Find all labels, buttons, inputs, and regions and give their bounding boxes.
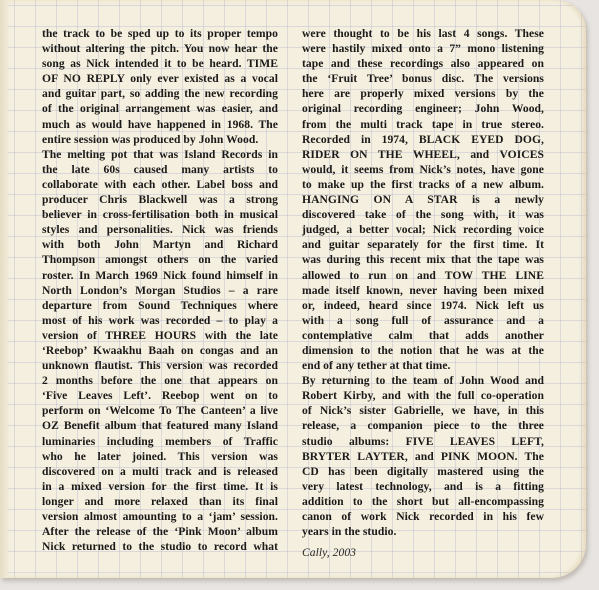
text-line-content: collaborate with each other. Label boss … — [42, 177, 278, 192]
text-line: here are properly mixed versions by the — [302, 86, 544, 101]
text-line: OZ Benefit album that featured many Isla… — [42, 418, 278, 433]
text-line-content: By returning to the team of John Wood an… — [302, 373, 544, 388]
text-line-content: without altering the pitch. You now hear… — [42, 41, 278, 56]
text-line: made itself known, never having been mix… — [302, 283, 544, 298]
text-line: departure from Sound Techniques where — [42, 298, 278, 313]
text-line: who he later joined. This version was — [42, 449, 278, 464]
text-line: Thompson amongst others on the varied — [42, 252, 278, 267]
text-line-content: styles and personalities. Nick was frien… — [42, 222, 278, 237]
text-line: of Nick’s sister Gabrielle, we have, in … — [302, 403, 544, 418]
text-line: much as would have happened in 1968. The — [42, 117, 278, 132]
text-line-content: song as Nick intended it to be heard. TI… — [42, 56, 278, 71]
text-line-content: to make up the first tracks of a new alb… — [302, 177, 544, 192]
booklet-page: the track to be sped up to its proper te… — [0, 0, 586, 578]
text-line-content: ‘Five Leaves Left’. Reebop went on to — [42, 388, 278, 403]
text-line: the ‘Fruit Tree’ bonus disc. The version… — [302, 71, 544, 86]
text-line-content: ‘Reebop’ Kwaakhu Baah on congas and an — [42, 343, 278, 358]
text-line-content: tape and these recordings also appeared … — [302, 56, 544, 71]
text-line: perform on ‘Welcome To The Canteen’ a li… — [42, 403, 278, 418]
text-line-content: the ‘Fruit Tree’ bonus disc. The version… — [302, 71, 544, 86]
author-signature: Cally, 2003 — [302, 545, 544, 560]
text-line: years in the studio. — [302, 524, 544, 539]
text-line: release, a companion piece to the three — [302, 418, 544, 433]
text-line: were thought to be his last 4 songs. The… — [302, 26, 544, 41]
text-line-content: departure from Sound Techniques where — [42, 298, 278, 313]
text-line-content: original recording engineer; John Wood, — [302, 101, 544, 116]
left-text-column: the track to be sped up to its proper te… — [42, 26, 278, 554]
text-line-content: the late 60s caused many artists to — [42, 162, 278, 177]
text-line: CD has been digitally mastered using the — [302, 464, 544, 479]
text-line-content: were thought to be his last 4 songs. The… — [302, 26, 544, 41]
text-line: roster. In March 1969 Nick found himself… — [42, 268, 278, 283]
text-line-content: dimension to the notion that he was at t… — [302, 343, 544, 358]
text-line: HANGING ON A STAR is a newly — [302, 192, 544, 207]
text-line: with both John Martyn and Richard — [42, 237, 278, 252]
text-line-content: judged, a better vocal; Nick recording v… — [302, 222, 544, 237]
text-line: producer Chris Blackwell was a strong — [42, 192, 278, 207]
text-line-content: 2 months before the one that appears on — [42, 373, 278, 388]
text-line-content: studio albums: FIVE LEAVES LEFT, — [302, 434, 544, 449]
text-line: After the release of the ‘Pink Moon’ alb… — [42, 524, 278, 539]
text-line-content: discovered on a multi track and is relea… — [42, 464, 278, 479]
text-line-content: very latest technology, and is a fitting — [302, 479, 544, 494]
text-line-content: producer Chris Blackwell was a strong — [42, 192, 278, 207]
text-line: contemplative calm that adds another — [302, 328, 544, 343]
text-line: dimension to the notion that he was at t… — [302, 343, 544, 358]
text-line: By returning to the team of John Wood an… — [302, 373, 544, 388]
text-line-content: Recorded in 1974, BLACK EYED DOG, — [302, 132, 544, 147]
text-line-content: from the multi track tape in true stereo… — [302, 117, 544, 132]
text-line-content: and guitar part, so adding the new recor… — [42, 86, 278, 101]
text-line-content: Thompson amongst others on the varied — [42, 252, 278, 267]
text-line-content: HANGING ON A STAR is a newly — [302, 192, 544, 207]
text-line: and guitar part, so adding the new recor… — [42, 86, 278, 101]
text-line: of the original arrangement was easier, … — [42, 101, 278, 116]
text-line-content: of Nick’s sister Gabrielle, we have, in … — [302, 403, 544, 418]
text-line-content: much as would have happened in 1968. The — [42, 117, 278, 132]
text-line-content: After the release of the ‘Pink Moon’ alb… — [42, 524, 278, 539]
text-line: song as Nick intended it to be heard. TI… — [42, 56, 278, 71]
text-line: would, it seems from Nick’s notes, have … — [302, 162, 544, 177]
text-line: judged, a better vocal; Nick recording v… — [302, 222, 544, 237]
text-line: end of any tether at that time. — [302, 358, 544, 373]
text-line-content: OF NO REPLY only ever existed as a vocal — [42, 71, 278, 86]
text-line-content: with a song full of assurance and a — [302, 313, 544, 328]
text-line-content: and guitar separately for the first time… — [302, 237, 544, 252]
text-line-content: canon of work Nick recorded in his few — [302, 509, 544, 524]
text-line: in a mixed version for the first time. I… — [42, 479, 278, 494]
text-line: allowed to run on and TOW THE LINE — [302, 268, 544, 283]
text-line: entire session was produced by John Wood… — [42, 132, 278, 147]
text-line: unknown flautist. This version was recor… — [42, 358, 278, 373]
text-line-content: unknown flautist. This version was recor… — [42, 358, 278, 373]
text-line-content: Robert Kirby, and with the full co-opera… — [302, 388, 544, 403]
text-line: The melting pot that was Island Records … — [42, 147, 278, 162]
text-line-content: longer and more relaxed than its final — [42, 494, 278, 509]
text-line: Robert Kirby, and with the full co-opera… — [302, 388, 544, 403]
text-line: styles and personalities. Nick was frien… — [42, 222, 278, 237]
text-line: most of his work was recorded – to play … — [42, 313, 278, 328]
text-line: were hastily mixed onto a 7” mono listen… — [302, 41, 544, 56]
text-line-content: the track to be sped up to its proper te… — [42, 26, 278, 41]
text-line: addition to the short but all-encompassi… — [302, 494, 544, 509]
text-line-content: discovered take of the song with, it was — [302, 207, 544, 222]
text-line-content: allowed to run on and TOW THE LINE — [302, 268, 544, 283]
text-line: collaborate with each other. Label boss … — [42, 177, 278, 192]
text-line: North London’s Morgan Studios – a rare — [42, 283, 278, 298]
text-line-content: Nick returned to the studio to record wh… — [42, 539, 278, 554]
text-line: or, indeed, heard since 1974. Nick left … — [302, 298, 544, 313]
text-line-content: roster. In March 1969 Nick found himself… — [42, 268, 278, 283]
text-line: longer and more relaxed than its final — [42, 494, 278, 509]
text-line-content: made itself known, never having been mix… — [302, 283, 544, 298]
text-line-content: CD has been digitally mastered using the — [302, 464, 544, 479]
text-line-content: release, a companion piece to the three — [302, 418, 544, 433]
text-line-content: contemplative calm that adds another — [302, 328, 544, 343]
text-line: version of THREE HOURS with the late — [42, 328, 278, 343]
text-line: tape and these recordings also appeared … — [302, 56, 544, 71]
text-line: 2 months before the one that appears on — [42, 373, 278, 388]
page-binding-edge — [0, 0, 10, 578]
text-line-content: North London’s Morgan Studios – a rare — [42, 283, 278, 298]
text-line: from the multi track tape in true stereo… — [302, 117, 544, 132]
text-line: with a song full of assurance and a — [302, 313, 544, 328]
text-line-content: version of THREE HOURS with the late — [42, 328, 278, 343]
text-line-content: with both John Martyn and Richard — [42, 237, 278, 252]
text-line-content: would, it seems from Nick’s notes, have … — [302, 162, 544, 177]
text-line-content: BRYTER LAYTER, and PINK MOON. The — [302, 449, 544, 464]
text-line: Recorded in 1974, BLACK EYED DOG, — [302, 132, 544, 147]
text-line: version almost amounting to a ‘jam’ sess… — [42, 509, 278, 524]
text-line-content: The melting pot that was Island Records … — [42, 147, 278, 162]
text-line: ‘Five Leaves Left’. Reebop went on to — [42, 388, 278, 403]
text-line: very latest technology, and is a fitting — [302, 479, 544, 494]
text-line-content: end of any tether at that time. — [302, 358, 544, 373]
text-line: the late 60s caused many artists to — [42, 162, 278, 177]
text-line-content: RIDER ON THE WHEEL, and VOICES — [302, 147, 544, 162]
text-line-content: years in the studio. — [302, 524, 544, 539]
text-line-content: believer in cross-fertilisation both in … — [42, 207, 278, 222]
text-line: was during this recent mix that the tape… — [302, 252, 544, 267]
text-line: without altering the pitch. You now hear… — [42, 41, 278, 56]
text-line-content: luminaries including members of Traffic — [42, 434, 278, 449]
text-line-content: here are properly mixed versions by the — [302, 86, 544, 101]
text-line: OF NO REPLY only ever existed as a vocal — [42, 71, 278, 86]
text-line-content: or, indeed, heard since 1974. Nick left … — [302, 298, 544, 313]
text-line-content: version almost amounting to a ‘jam’ sess… — [42, 509, 278, 524]
text-line: discovered on a multi track and is relea… — [42, 464, 278, 479]
text-line-content: OZ Benefit album that featured many Isla… — [42, 418, 278, 433]
text-line-content: addition to the short but all-encompassi… — [302, 494, 544, 509]
text-line-content: perform on ‘Welcome To The Canteen’ a li… — [42, 403, 278, 418]
text-line-content: most of his work was recorded – to play … — [42, 313, 278, 328]
text-line: Nick returned to the studio to record wh… — [42, 539, 278, 554]
text-line: and guitar separately for the first time… — [302, 237, 544, 252]
text-line-content: of the original arrangement was easier, … — [42, 101, 278, 116]
text-line: ‘Reebop’ Kwaakhu Baah on congas and an — [42, 343, 278, 358]
right-text-column: were thought to be his last 4 songs. The… — [302, 26, 544, 560]
text-line-content: who he later joined. This version was — [42, 449, 278, 464]
text-line: believer in cross-fertilisation both in … — [42, 207, 278, 222]
text-line: luminaries including members of Traffic — [42, 434, 278, 449]
text-line: original recording engineer; John Wood, — [302, 101, 544, 116]
text-line: the track to be sped up to its proper te… — [42, 26, 278, 41]
text-line: studio albums: FIVE LEAVES LEFT, — [302, 434, 544, 449]
text-line-content: in a mixed version for the first time. I… — [42, 479, 278, 494]
text-line: canon of work Nick recorded in his few — [302, 509, 544, 524]
text-line-content: was during this recent mix that the tape… — [302, 252, 544, 267]
text-line: RIDER ON THE WHEEL, and VOICES — [302, 147, 544, 162]
text-line: to make up the first tracks of a new alb… — [302, 177, 544, 192]
text-line: discovered take of the song with, it was — [302, 207, 544, 222]
text-line-content: entire session was produced by John Wood… — [42, 132, 278, 147]
text-line: BRYTER LAYTER, and PINK MOON. The — [302, 449, 544, 464]
text-line-content: were hastily mixed onto a 7” mono listen… — [302, 41, 544, 56]
